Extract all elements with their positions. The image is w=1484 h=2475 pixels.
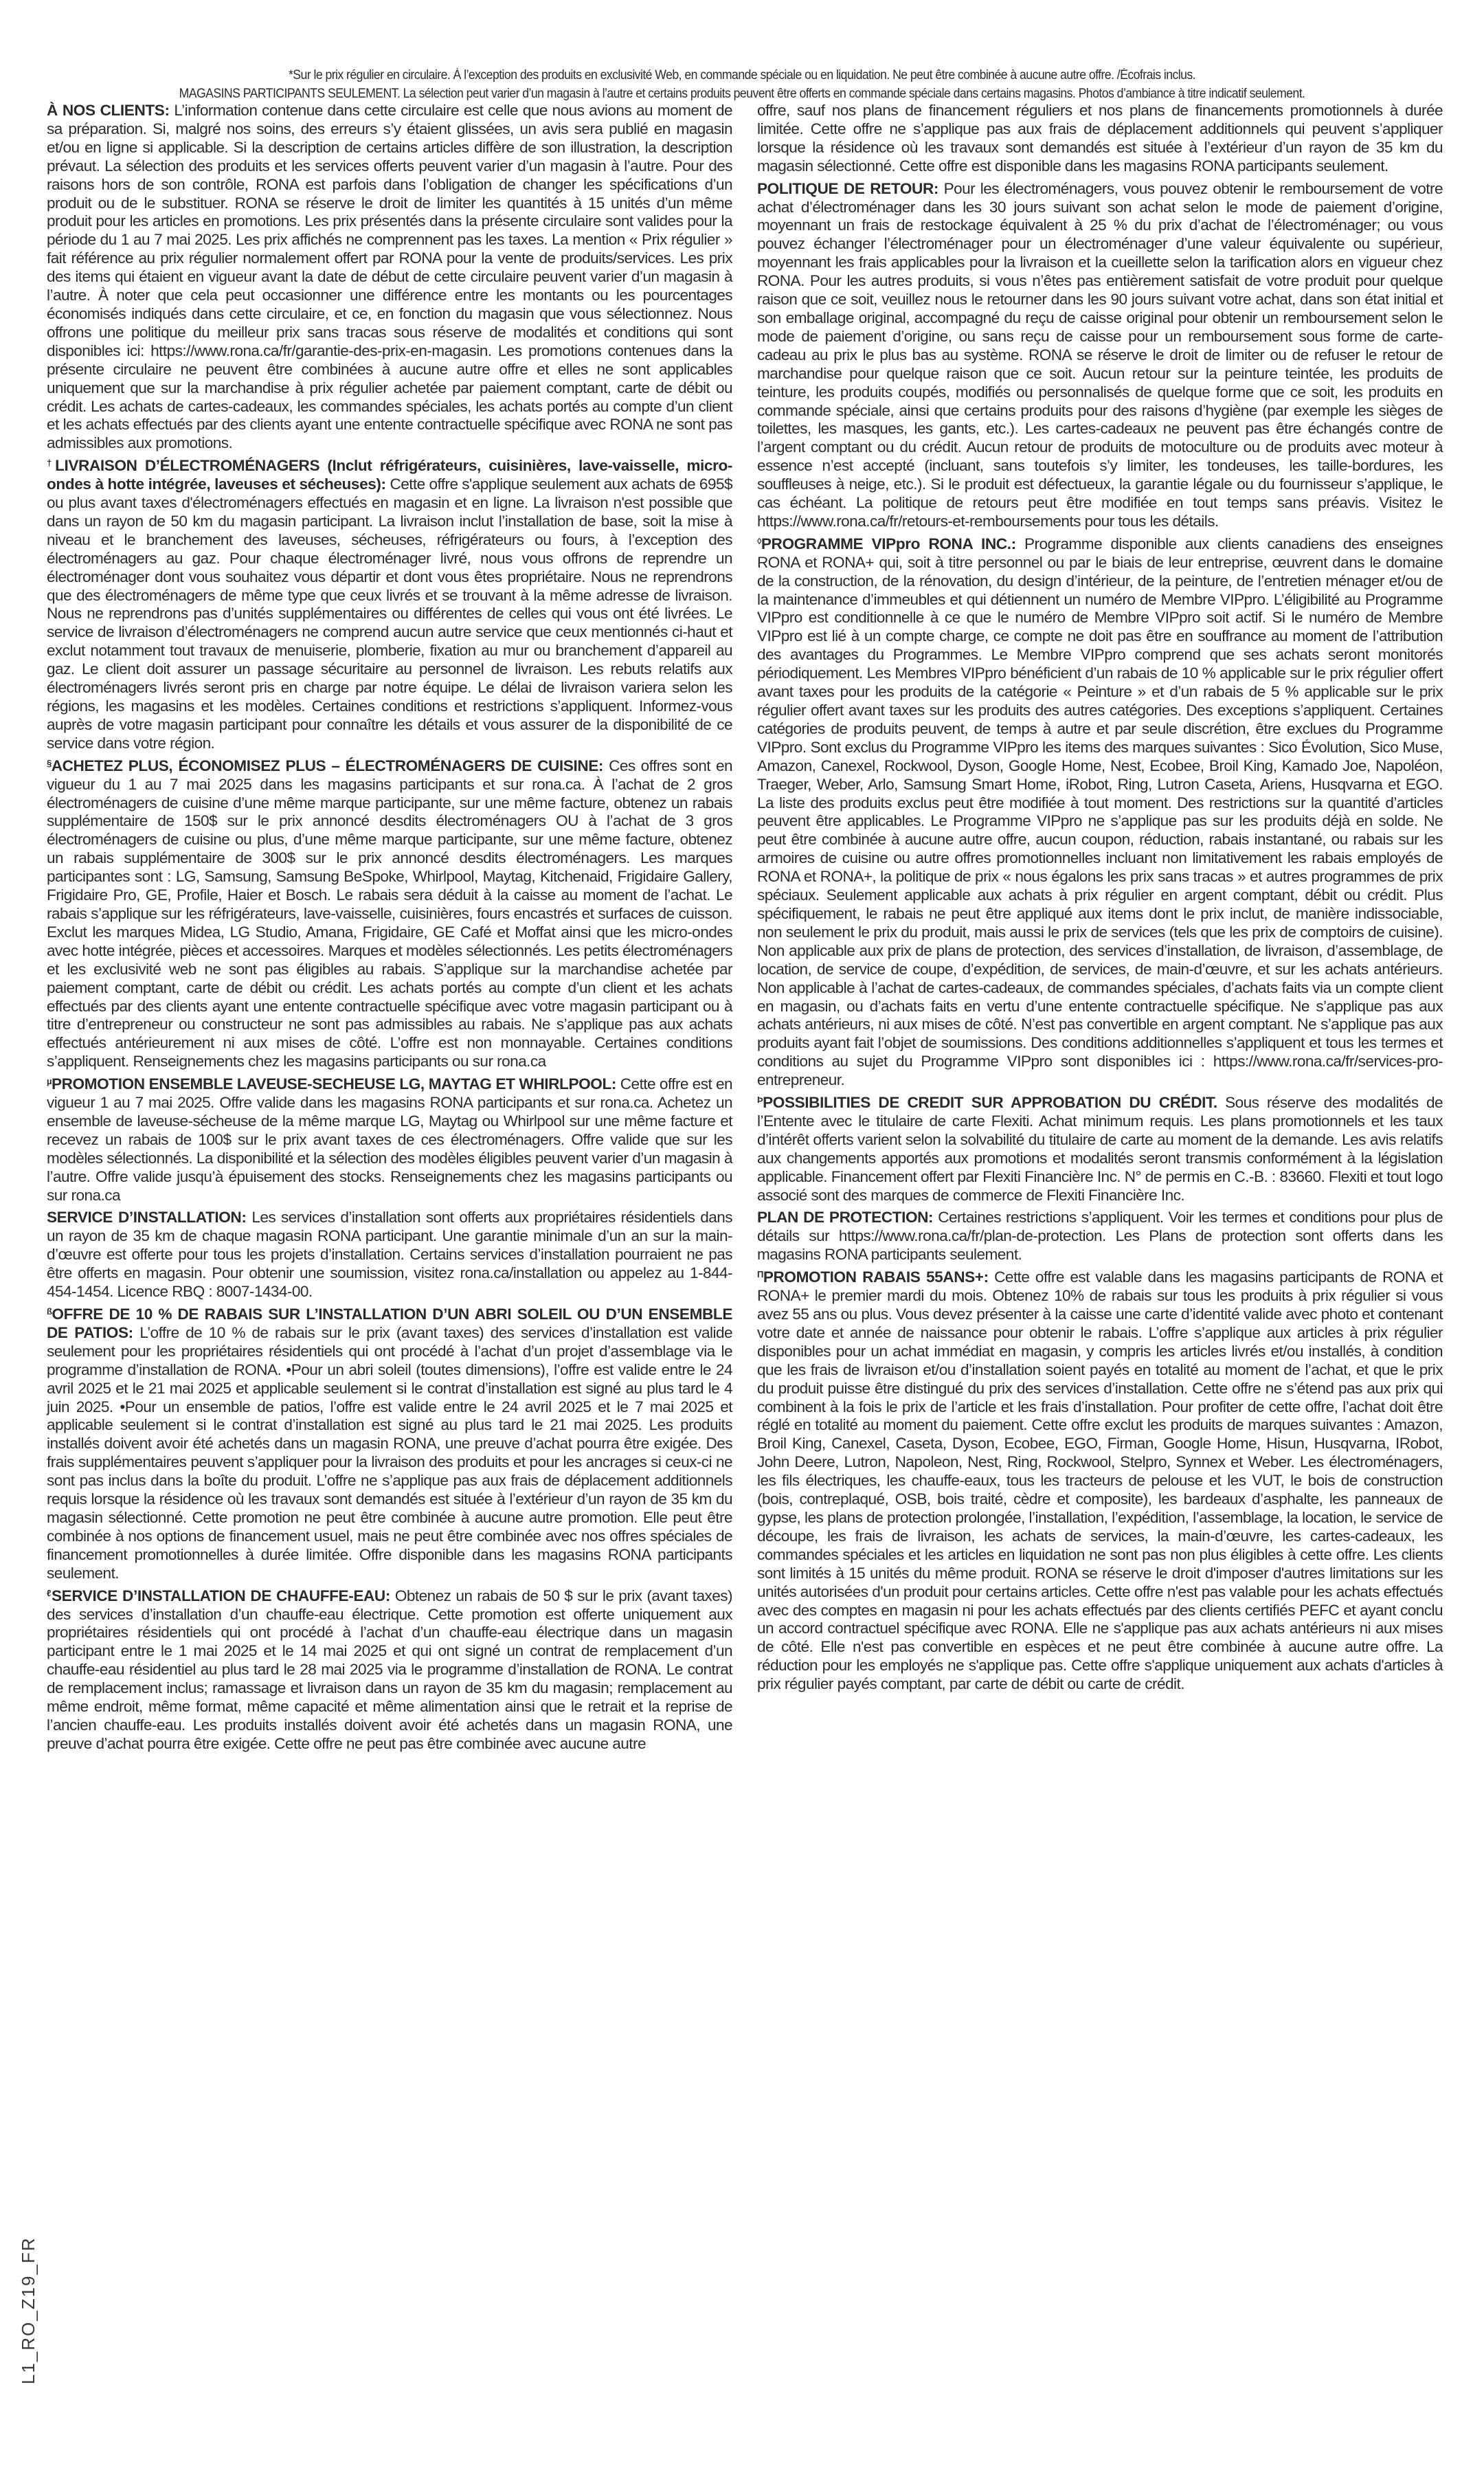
footnote-marker: Π <box>757 1269 763 1279</box>
section-heading: PROGRAMME VIPpro RONA INC.: <box>761 535 1016 552</box>
section-body: Cette offre est valable dans les magasin… <box>757 1268 1443 1692</box>
section-chauffe-eau: ℓSERVICE D’INSTALLATION DE CHAUFFE-EAU: … <box>47 1587 732 1754</box>
section-abri-soleil: ßOFFRE DE 10 % DE RABAIS SUR L’INSTALLAT… <box>47 1306 732 1583</box>
footnote-marker: µ <box>47 1076 52 1086</box>
section-achetez-plus: §ACHETEZ PLUS, ÉCONOMISEZ PLUS – ÉLECTRO… <box>47 757 732 1071</box>
section-service-installation: SERVICE D’INSTALLATION: Les services d’i… <box>47 1209 732 1301</box>
section-chauffe-eau-continued: offre, sauf nos plans de financement rég… <box>757 102 1443 176</box>
section-body: Ces offres sont en vigueur du 1 au 7 mai… <box>47 757 732 1071</box>
section-body: L’offre de 10 % de rabais sur le prix (a… <box>47 1324 732 1582</box>
section-heading: POLITIQUE DE RETOUR: <box>757 180 938 197</box>
section-body: Cette offre s'applique seulement aux ach… <box>47 475 732 752</box>
section-laveuse-secheuse: µPROMOTION ENSEMBLE LAVEUSE-SECHEUSE LG,… <box>47 1075 732 1205</box>
section-heading: À NOS CLIENTS: <box>47 102 170 119</box>
section-heading: ACHETEZ PLUS, ÉCONOMISEZ PLUS – ÉLECTROM… <box>52 757 603 774</box>
section-body: Cette offre est en vigueur 1 au 7 mai 20… <box>47 1075 732 1203</box>
section-vippro: ◊PROGRAMME VIPpro RONA INC.: Programme d… <box>757 535 1443 1090</box>
section-politique-retour: POLITIQUE DE RETOUR: Pour les électromén… <box>757 180 1443 531</box>
footnote-marker: † <box>47 458 55 468</box>
disclaimer-header: *Sur le prix régulier en circulaire. À l… <box>98 66 1387 103</box>
legal-columns: À NOS CLIENTS: L’information contenue da… <box>47 102 1443 1758</box>
right-column: offre, sauf nos plans de financement rég… <box>757 102 1443 1758</box>
footnote-marker: § <box>47 758 52 768</box>
section-livraison-electromenagers: †LIVRAISON D’ÉLECTROMÉNAGERS (Inclut réf… <box>47 457 732 753</box>
print-code-label: L1_RO_Z19_FR <box>18 2237 39 2384</box>
header-line-1: *Sur le prix régulier en circulaire. À l… <box>98 66 1387 85</box>
section-heading: PROMOTION RABAIS 55ANS+: <box>763 1268 989 1286</box>
section-body: Programme disponible aux clients canadie… <box>757 535 1443 1088</box>
section-plan-protection: PLAN DE PROTECTION: Certaines restrictio… <box>757 1209 1443 1264</box>
section-heading: PLAN DE PROTECTION: <box>757 1209 933 1226</box>
section-heading: POSSIBILITIES DE CREDIT SUR APPROBATION … <box>763 1094 1217 1111</box>
section-body: Pour les électroménagers, vous pouvez ob… <box>757 180 1443 530</box>
footnote-marker: Þ <box>757 1095 763 1105</box>
section-credit: ÞPOSSIBILITIES DE CREDIT SUR APPROBATION… <box>757 1094 1443 1205</box>
section-heading: SERVICE D’INSTALLATION: <box>47 1209 246 1226</box>
section-body: Obtenez un rabais de 50 $ sur le prix (a… <box>47 1587 732 1752</box>
header-line-2: MAGASINS PARTICIPANTS SEULEMENT. La séle… <box>98 85 1387 103</box>
section-heading: SERVICE D’INSTALLATION DE CHAUFFE-EAU: <box>52 1587 390 1604</box>
section-a-nos-clients: À NOS CLIENTS: L’information contenue da… <box>47 102 732 453</box>
footnote-marker: ℓ <box>47 1588 52 1598</box>
section-body: L’information contenue dans cette circul… <box>47 102 732 451</box>
section-rabais-55ans: ΠPROMOTION RABAIS 55ANS+: Cette offre es… <box>757 1268 1443 1694</box>
section-body: offre, sauf nos plans de financement rég… <box>757 102 1443 175</box>
left-column: À NOS CLIENTS: L’information contenue da… <box>47 102 732 1758</box>
section-heading: PROMOTION ENSEMBLE LAVEUSE-SECHEUSE LG, … <box>52 1075 616 1093</box>
